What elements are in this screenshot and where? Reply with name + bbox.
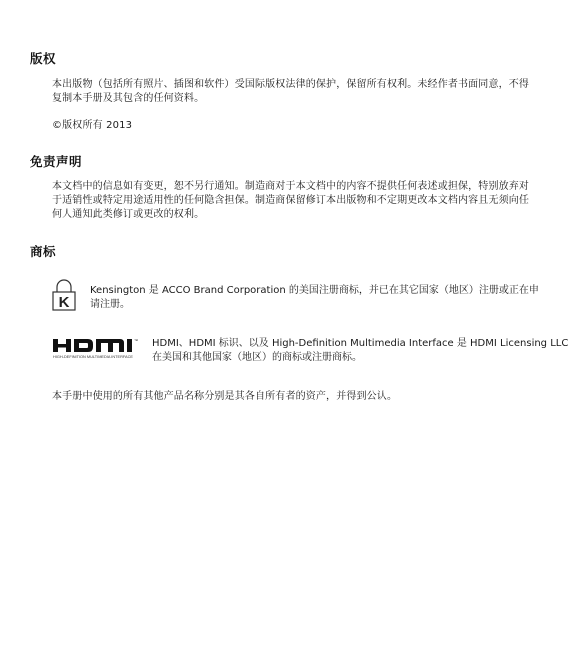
copyright-line: 本出版物（包括所有照片、插图和软件）受国际版权法律的保护，保留所有权利。未经作者… xyxy=(52,78,558,92)
disclaimer-line: 何人通知此类修订或更改的权利。 xyxy=(52,208,558,222)
hdmi-logo: ™ HIGH-DEFINITION MULTIMEDIA INTERFACE xyxy=(52,336,146,360)
kensington-trademark-text: Kensington 是 ACCO Brand Corporation 的美国注… xyxy=(90,284,539,312)
hdmi-line: HDMI、HDMI 标识、以及 High-Definition Multimed… xyxy=(152,337,568,351)
copyright-paragraph: 本出版物（包括所有照片、插图和软件）受国际版权法律的保护，保留所有权利。未经作者… xyxy=(52,78,558,106)
other-trademarks-text: 本手册中使用的所有其他产品名称分别是其各自所有者的资产，并得到公认。 xyxy=(52,390,558,404)
copyright-notice: ©版权所有 2013 xyxy=(52,119,558,133)
disclaimer-paragraph: 本文档中的信息如有变更，恕不另行通知。制造商对于本文档中的内容不提供任何表述或担… xyxy=(52,180,558,222)
copyright-line: 复制本手册及其包含的任何资料。 xyxy=(52,92,558,106)
kensington-line: Kensington 是 ACCO Brand Corporation 的美国注… xyxy=(90,284,539,298)
copyright-heading: 版权 xyxy=(30,49,56,67)
disclaimer-heading: 免责声明 xyxy=(30,152,82,170)
disclaimer-line: 于适销性或特定用途适用性的任何隐含担保。制造商保留修订本出版物和不定期更改本文档… xyxy=(52,194,558,208)
svg-text:K: K xyxy=(59,294,70,311)
hdmi-trademark-text: HDMI、HDMI 标识、以及 High-Definition Multimed… xyxy=(152,337,568,365)
disclaimer-line: 本文档中的信息如有变更，恕不另行通知。制造商对于本文档中的内容不提供任何表述或担… xyxy=(52,180,558,194)
kensington-line: 请注册。 xyxy=(90,298,539,312)
kensington-lock-icon: K xyxy=(52,279,76,311)
hdmi-line: 在美国和其他国家（地区）的商标或注册商标。 xyxy=(152,351,568,365)
trademarks-heading: 商标 xyxy=(30,242,56,260)
svg-text:HIGH-DEFINITION MULTIMEDIA INT: HIGH-DEFINITION MULTIMEDIA INTERFACE xyxy=(53,355,133,359)
svg-text:™: ™ xyxy=(134,338,138,343)
